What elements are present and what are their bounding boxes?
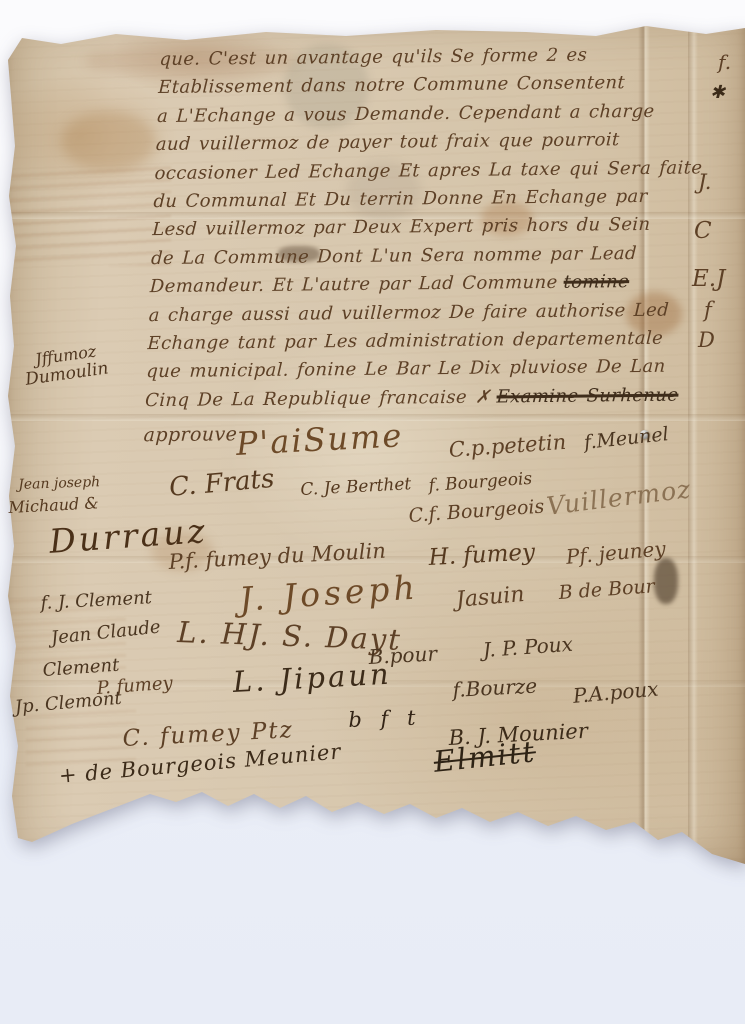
adjacent-page-letter: J. <box>698 170 711 194</box>
signature-bft-marks: b f t <box>348 705 422 732</box>
adjacent-page-letter: D <box>698 328 715 352</box>
struck-words: Examine Surhenue <box>496 384 679 407</box>
adjacent-page-letter: ✱ <box>710 82 725 103</box>
ink-blot <box>654 558 678 604</box>
struck-word: tomine <box>563 271 629 293</box>
scanned-manuscript-photo: que. C'est un avantage qu'ils Se forme 2… <box>0 0 745 1024</box>
signature-h-fumey: H. fumey <box>428 539 536 571</box>
adjacent-page-letter: C <box>694 218 712 244</box>
ink-bleedthrough <box>6 166 171 266</box>
margin-note-michaud-1: Jean joseph <box>18 474 100 493</box>
signature-f-bourze: f.Bourze <box>452 674 538 702</box>
adjacent-page-letter: E.J <box>692 266 725 292</box>
ink-stain <box>61 111 156 171</box>
adjacent-page-letter: f. <box>718 50 731 74</box>
body-line: Cinq De La Republique francaise ✗Examine… <box>145 381 691 415</box>
adjacent-page-letter: f <box>704 298 712 322</box>
body-text: que. C'est un avantage qu'ils Se forme 2… <box>143 40 705 449</box>
body-line: a L'Echange a vous Demande. Cependant a … <box>156 97 702 131</box>
